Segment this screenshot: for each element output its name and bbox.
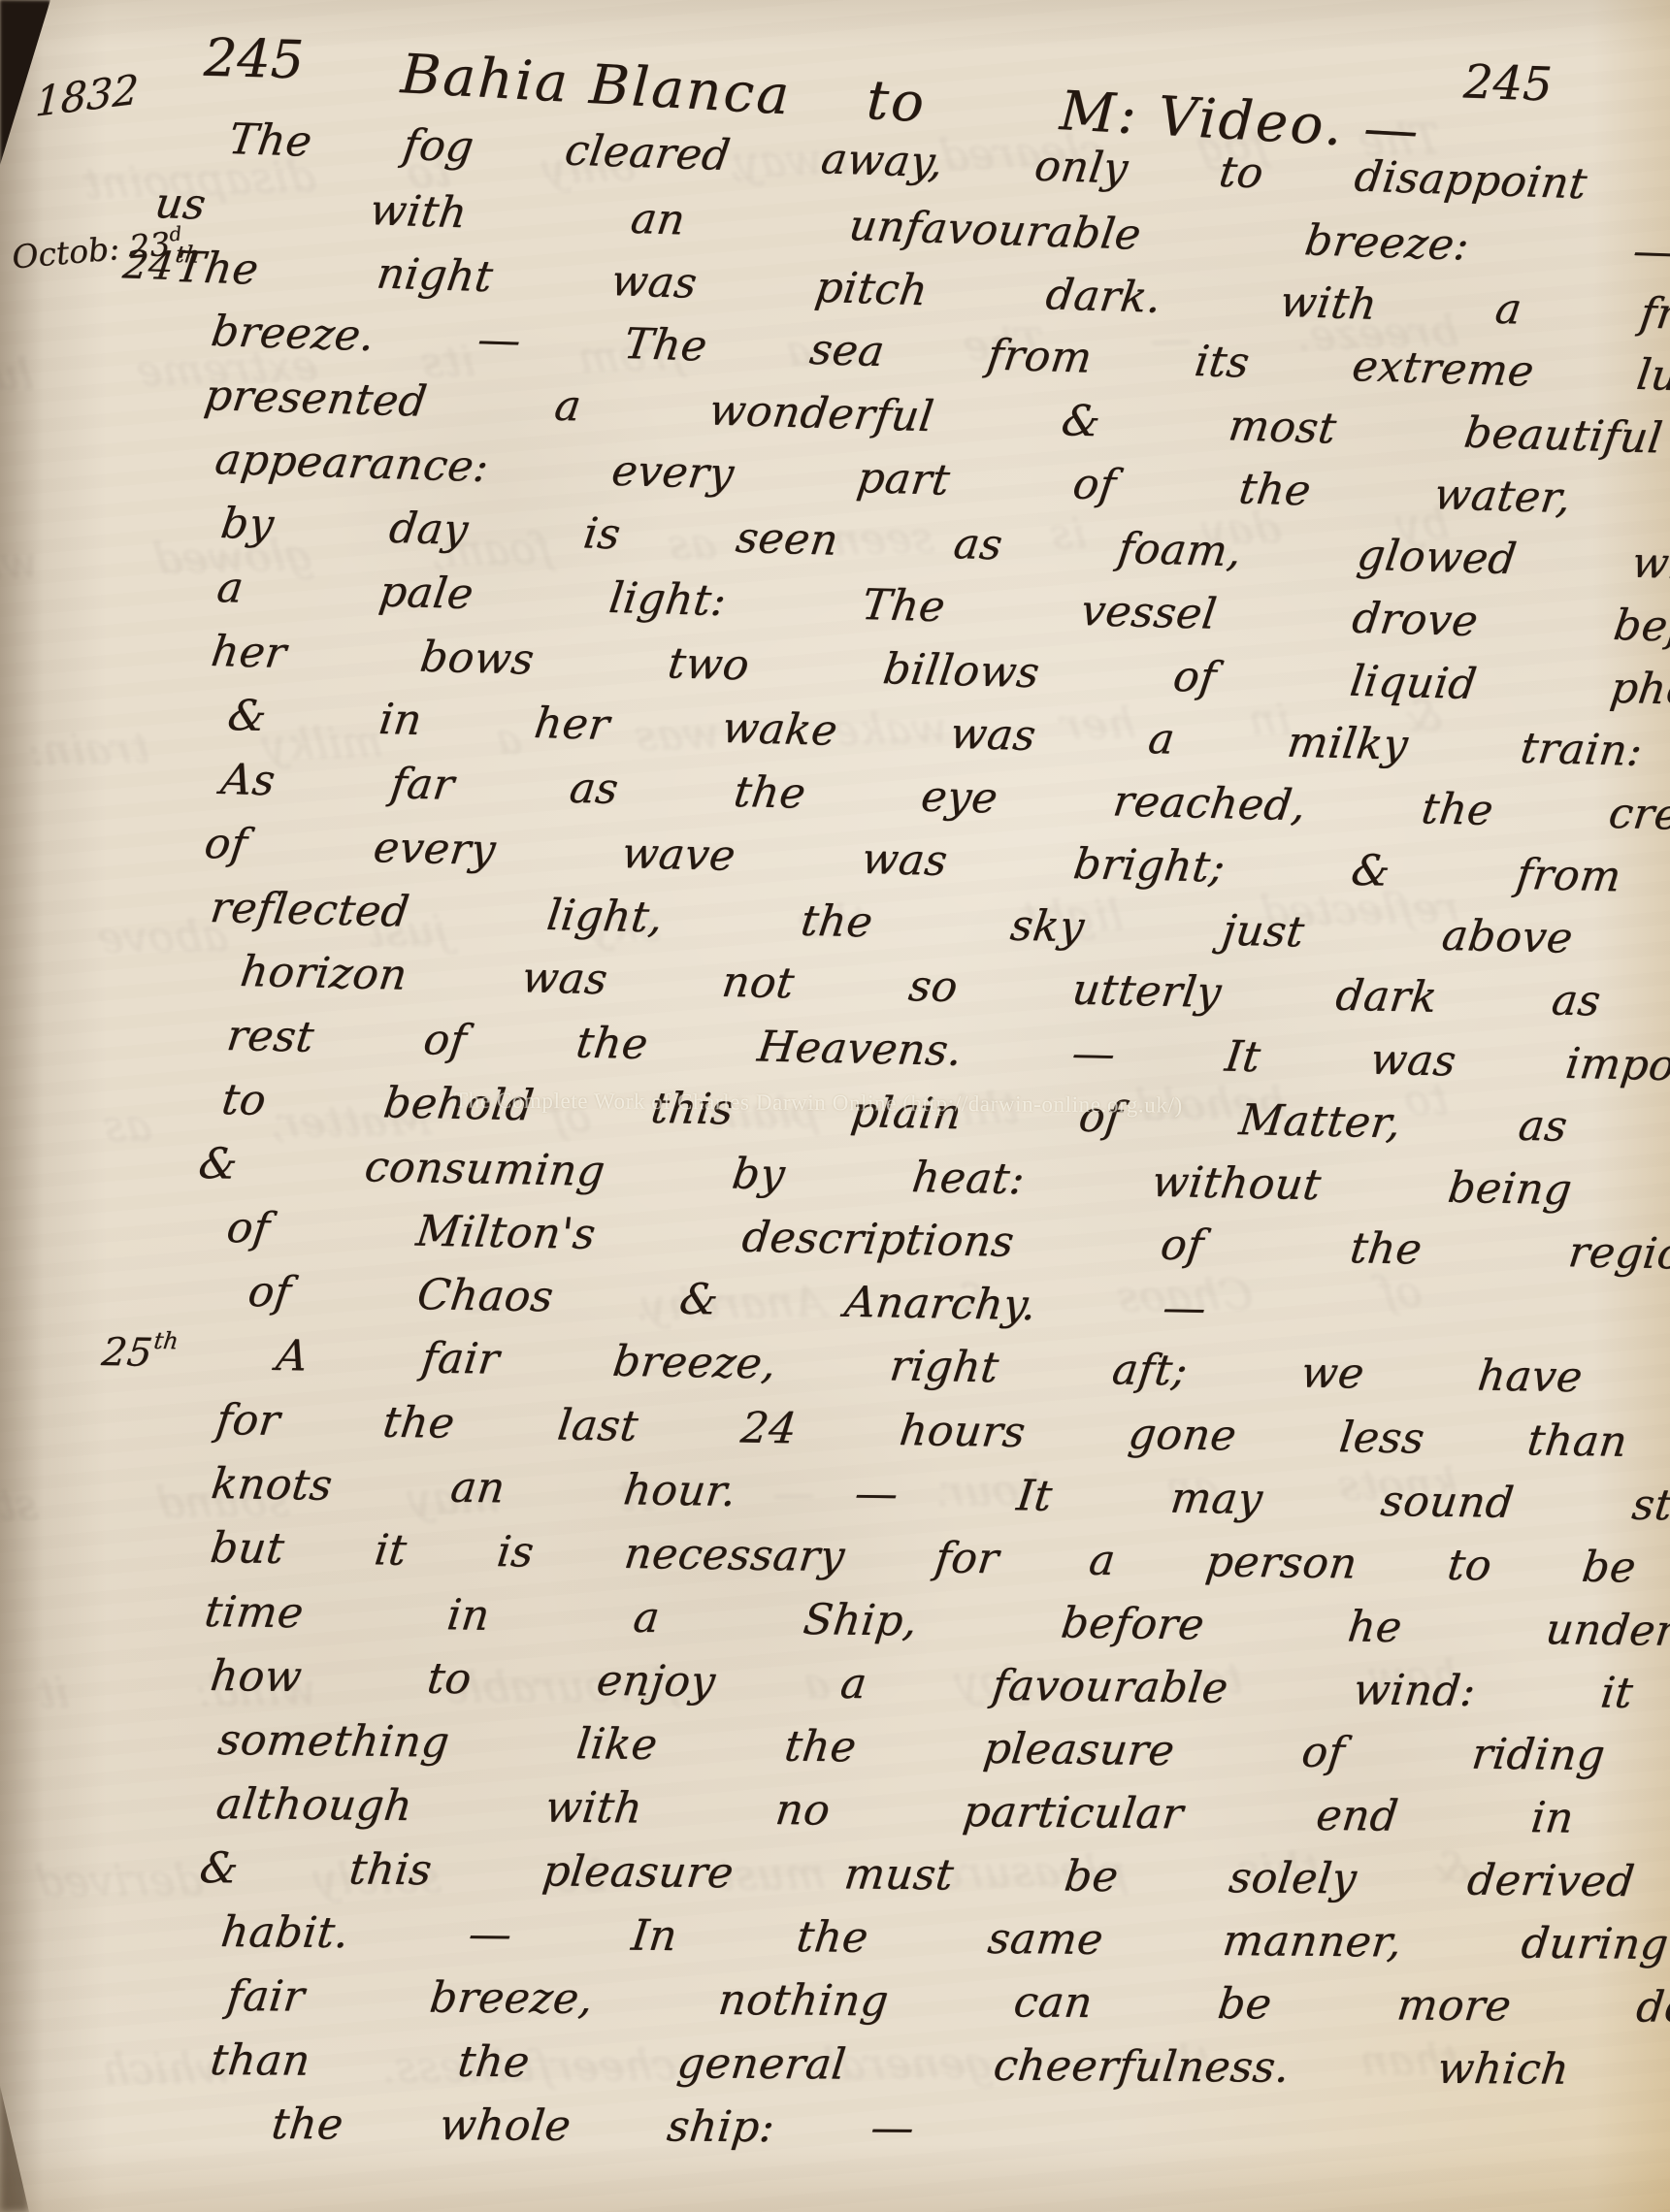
manuscript-line: the whole ship: —: [270, 2103, 917, 2150]
line-text: for the last 24 hours gone less than 6: [213, 1395, 1670, 1469]
line-text: something like the pleasure of riding fa…: [215, 1715, 1670, 1783]
line-text: & this pleasure must be solely derived f…: [197, 1843, 1670, 1908]
line-text: but it is necessary for a person to be s…: [208, 1523, 1670, 1595]
line-text: of Chaos & Anarchy. —: [246, 1267, 1209, 1333]
manuscript-line: how to enjoy a favourable wind: it is: [208, 1655, 1670, 1717]
manuscript-line: of Milton's descriptions of the regions: [224, 1207, 1670, 1277]
line-text: knots an hour. — It may sound strange,: [209, 1459, 1670, 1532]
line-text: how to enjoy a favourable wind: it is: [208, 1651, 1670, 1720]
manuscript-page: The fog cleared away, only to disappoint…: [0, 0, 1670, 2212]
watermark: The Complete Work of Charles Darwin Onli…: [454, 1088, 1183, 1118]
manuscript-line: but it is necessary for a person to be s…: [208, 1527, 1670, 1592]
manuscript-line: knots an hour. — It may sound strange,: [209, 1463, 1670, 1529]
line-text: of Milton's descriptions of the regions: [224, 1203, 1670, 1280]
manuscript-line: than the general cheerfulness. which per…: [209, 2039, 1670, 2094]
line-text: fair breeze, nothing can be more delight…: [224, 1971, 1670, 2033]
line-text: although with no particular end in view;: [213, 1779, 1670, 1845]
entry-date-marker: 25th: [100, 1328, 180, 1373]
entry-date-marker: 24th: [120, 241, 201, 286]
manuscript-line: time in a Ship, before he understands: [202, 1591, 1670, 1655]
manuscript-line: although with no particular end in view;: [213, 1783, 1670, 1842]
line-text: A fair breeze, right aft; we have not: [274, 1331, 1670, 1405]
manuscript-line: fair breeze, nothing can be more delight…: [225, 1975, 1670, 2031]
manuscript-line: & this pleasure must be solely derived f…: [197, 1847, 1670, 1905]
line-text: the whole ship: —: [269, 2099, 917, 2153]
manuscript-line: 25thA fair breeze, right aft; we have no…: [274, 1335, 1670, 1402]
manuscript-line: something like the pleasure of riding fa…: [215, 1719, 1670, 1780]
line-text: than the general cheerfulness. which per…: [208, 2035, 1670, 2097]
manuscript-line: habit. — In the same manner, during a: [218, 1911, 1670, 1968]
line-text: habit. — In the same manner, during a: [218, 1907, 1670, 1970]
manuscript-line: for the last 24 hours gone less than 6: [213, 1399, 1670, 1466]
manuscript-line: of Chaos & Anarchy. —: [246, 1271, 1208, 1330]
line-text: time in a Ship, before he understands: [202, 1587, 1670, 1658]
